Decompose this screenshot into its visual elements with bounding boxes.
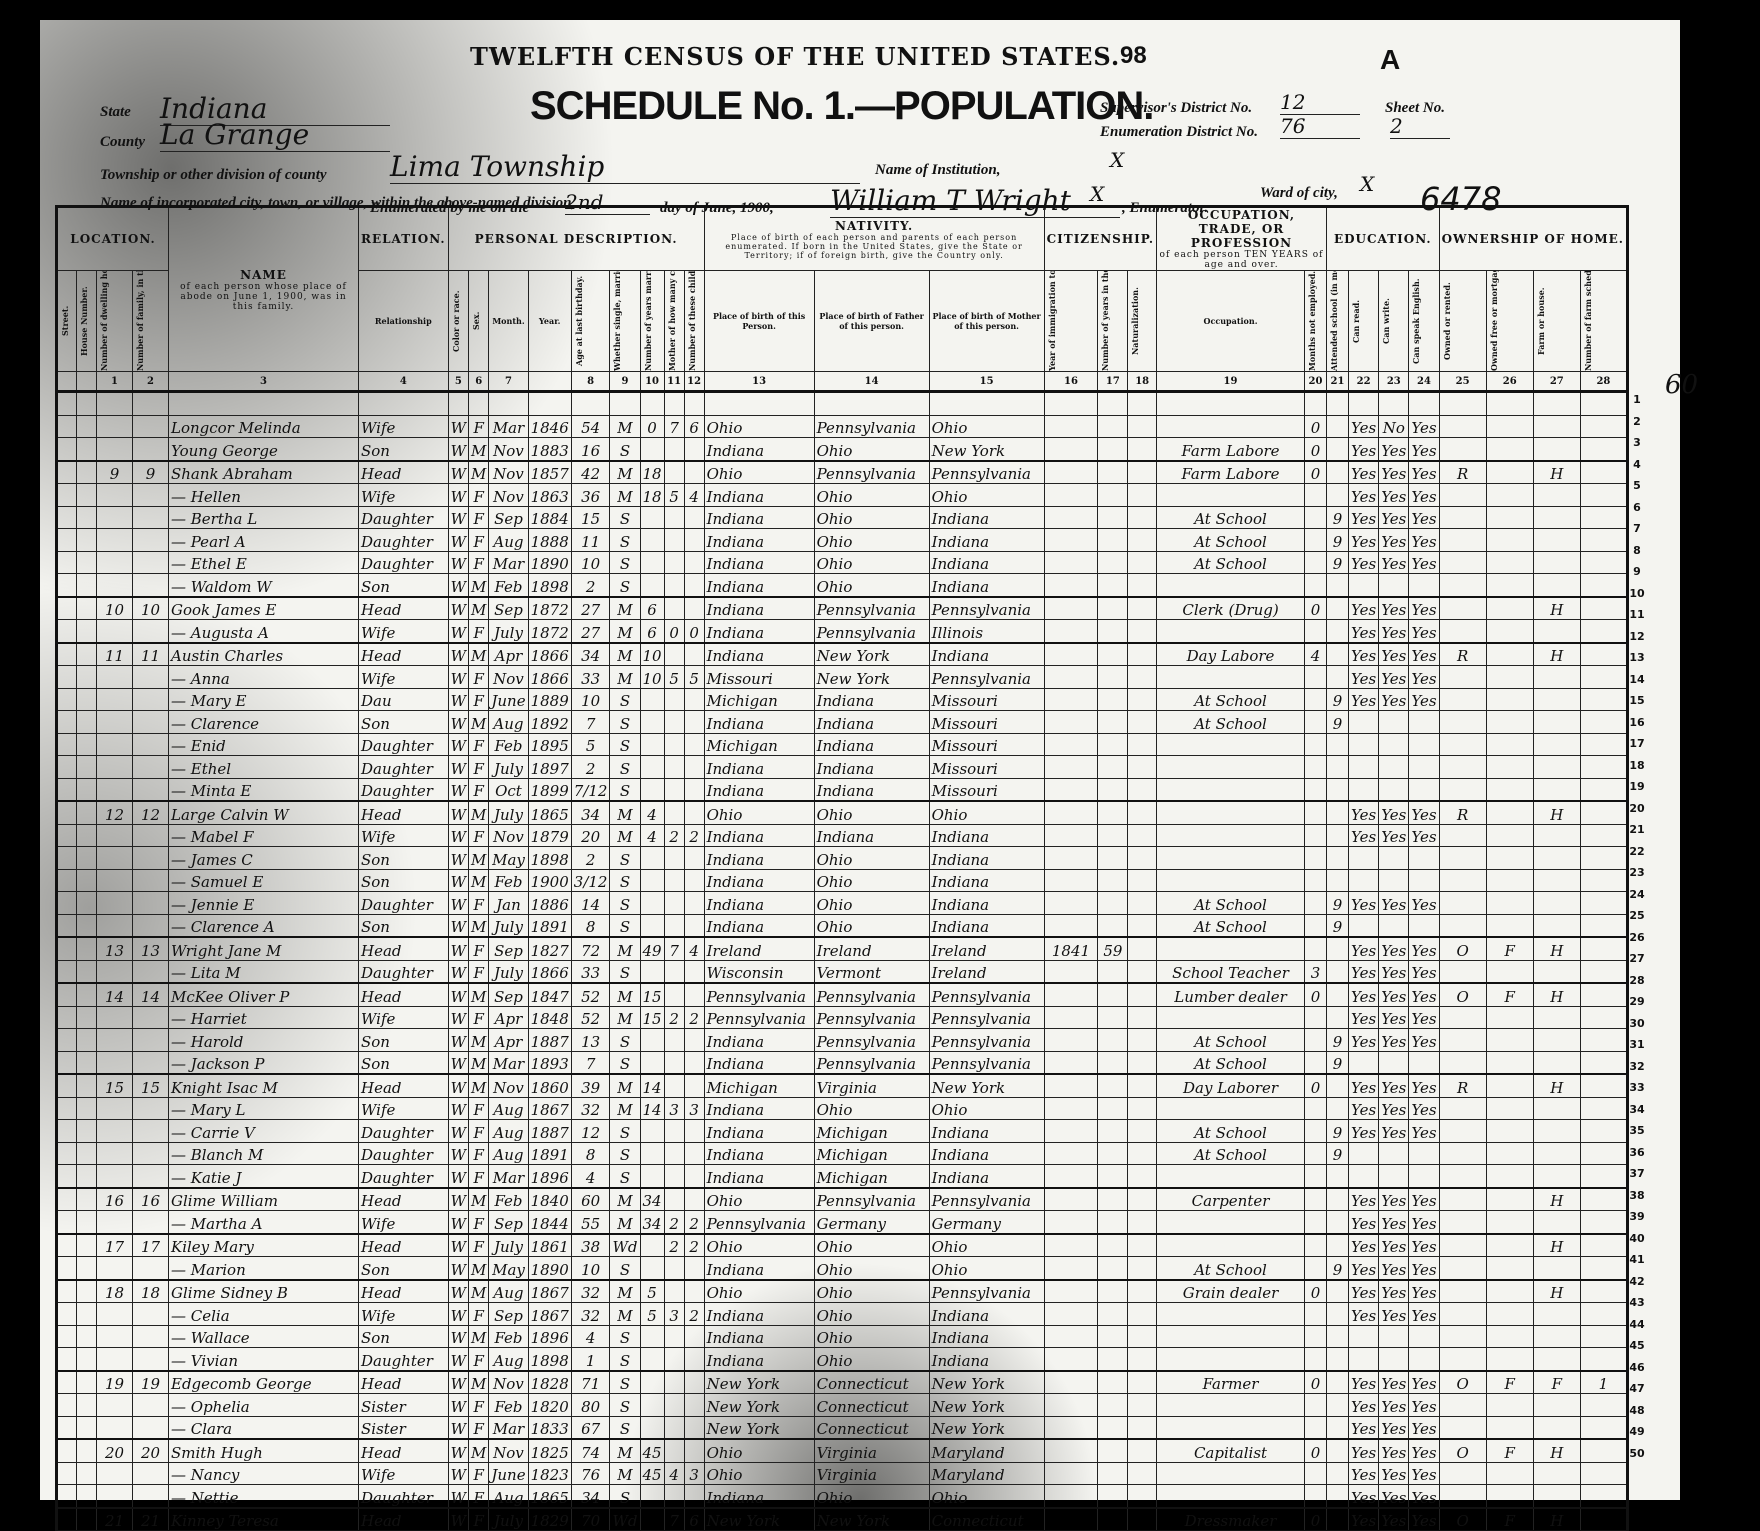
cell-sch: [1327, 415, 1349, 438]
cell-free: [1486, 733, 1533, 756]
cell-race: W: [448, 484, 468, 507]
cell-name: — Enid: [169, 733, 359, 756]
cell-mc: 5: [664, 666, 684, 689]
cell-write: [1379, 914, 1409, 937]
column-number: 24: [1409, 372, 1439, 392]
cell-eng: [1409, 869, 1439, 892]
cell-house: [77, 1006, 97, 1029]
cell-cl: [684, 1416, 704, 1439]
cell-sex: F: [469, 620, 489, 643]
cell-street: [57, 983, 77, 1006]
cell-ym: 45: [640, 1462, 664, 1485]
line-number: 38: [1625, 1185, 1649, 1207]
line-number: 18: [1625, 755, 1649, 777]
cell-name: — Ethel E: [169, 551, 359, 574]
cell-mc: 7: [664, 937, 684, 960]
cell-mo: July: [489, 960, 528, 983]
cell-free: [1486, 1257, 1533, 1280]
cell-fam: [133, 666, 169, 689]
cell-eng: Yes: [1409, 1097, 1439, 1120]
group-citizenship: CITIZENSHIP.: [1044, 207, 1156, 271]
cell-dw: 20: [97, 1439, 133, 1462]
cell-write: Yes: [1379, 1029, 1409, 1052]
cell-fbp: Indiana: [814, 756, 929, 779]
cell-race: W: [448, 1074, 468, 1097]
cell-occ: Lumber dealer: [1157, 983, 1305, 1006]
line-number: 7: [1625, 518, 1649, 540]
cell-sex: F: [469, 1485, 489, 1508]
cell-free: [1486, 529, 1533, 552]
line-number: 43: [1625, 1292, 1649, 1314]
cell-ym: 6: [640, 620, 664, 643]
cell-nat: [1128, 1439, 1157, 1462]
cell-fbp: Pennsylvania: [814, 620, 929, 643]
cell-fh: [1533, 1211, 1580, 1234]
cell-imm: [1044, 1029, 1098, 1052]
cell-race: W: [448, 1120, 468, 1143]
cell-cl: [684, 778, 704, 801]
cell-dw: [97, 1142, 133, 1165]
cell-age: 67: [571, 1416, 610, 1439]
cell-mne: [1305, 1006, 1327, 1029]
cell-nat: [1128, 1120, 1157, 1143]
table-row: — Clarence ASonWMJuly18918SIndianaOhioIn…: [57, 914, 1628, 937]
cell-sch: [1327, 847, 1349, 870]
cell-mc: [664, 1325, 684, 1348]
cell-mbp: Indiana: [929, 1325, 1044, 1348]
cell-fam: [133, 1142, 169, 1165]
cell-cl: 4: [684, 484, 704, 507]
cell-occ: At School: [1157, 1142, 1305, 1165]
cell-fbp: Connecticut: [814, 1416, 929, 1439]
cell-sex: F: [469, 960, 489, 983]
cell-sex: F: [469, 733, 489, 756]
cell-own: [1439, 1097, 1486, 1120]
cell-bp: Indiana: [704, 847, 814, 870]
cell-age: 11: [571, 529, 610, 552]
cell-ym: [640, 529, 664, 552]
cell-race: W: [448, 824, 468, 847]
cell-fh: [1533, 1257, 1580, 1280]
cell-mbp: Germany: [929, 1211, 1044, 1234]
cell-yr: 1888: [528, 529, 571, 552]
cell-mc: [664, 597, 684, 620]
cell-mc: [664, 801, 684, 824]
cell-free: [1486, 620, 1533, 643]
cell-eng: [1409, 574, 1439, 597]
cell-own: [1439, 597, 1486, 620]
cell-fam: 20: [133, 1439, 169, 1462]
cell-occ: At School: [1157, 688, 1305, 711]
cell-race: W: [448, 1257, 468, 1280]
table-row: — HellenWifeWFNov186336M1854IndianaOhioO…: [57, 484, 1628, 507]
cell-mo: Aug: [489, 529, 528, 552]
cell-mc: 7: [664, 1508, 684, 1531]
cell-rel: Daughter: [359, 1165, 449, 1188]
cell-fbp: Connecticut: [814, 1371, 929, 1394]
cell-dw: 16: [97, 1188, 133, 1211]
cell-cl: [684, 983, 704, 1006]
cell-occ: [1157, 937, 1305, 960]
cell-house: [77, 1188, 97, 1211]
cell-fs: [1580, 1462, 1627, 1485]
cell-nat: [1128, 1280, 1157, 1303]
table-row: 1414McKee Oliver PHeadWMSep184752M15Penn…: [57, 983, 1628, 1006]
cell-free: [1486, 711, 1533, 734]
cell-cl: [684, 1029, 704, 1052]
group-education: EDUCATION.: [1327, 207, 1440, 271]
cell-mbp: New York: [929, 1416, 1044, 1439]
cell-sch: 9: [1327, 1051, 1349, 1074]
cell-eng: Yes: [1409, 1394, 1439, 1417]
cell-fam: 21: [133, 1508, 169, 1531]
cell-bp: New York: [704, 1416, 814, 1439]
cell-yus: [1098, 1348, 1128, 1371]
cell-fh: [1533, 392, 1580, 416]
cell-fbp: Pennsylvania: [814, 983, 929, 1006]
cell-write: [1379, 733, 1409, 756]
cell-street: [57, 1211, 77, 1234]
cell-rel: Son: [359, 847, 449, 870]
cell-mo: Sep: [489, 983, 528, 1006]
cell-mne: [1305, 1211, 1327, 1234]
cell-fbp: Ohio: [814, 506, 929, 529]
cell-fh: [1533, 847, 1580, 870]
cell-fbp: Ohio: [814, 1280, 929, 1303]
cell-house: [77, 983, 97, 1006]
cell-dw: [97, 1416, 133, 1439]
cell-ms: S: [610, 960, 640, 983]
cell-house: [77, 1303, 97, 1326]
cell-bp: Michigan: [704, 1074, 814, 1097]
cell-age: 34: [571, 801, 610, 824]
cell-fs: 1: [1580, 1371, 1627, 1394]
cell-cl: [684, 688, 704, 711]
cell-dw: [97, 1165, 133, 1188]
cell-occ: Farmer: [1157, 1371, 1305, 1394]
table-row: — Ethel EDaughterWFMar189010SIndianaOhio…: [57, 551, 1628, 574]
cell-own: O: [1439, 983, 1486, 1006]
cell-dw: 21: [97, 1508, 133, 1531]
cell-yus: 59: [1098, 937, 1128, 960]
cell-sex: M: [469, 914, 489, 937]
cell-mc: [664, 960, 684, 983]
cell-mne: [1305, 1348, 1327, 1371]
ward-label: Ward of city,: [1260, 185, 1338, 202]
cell-occ: [1157, 415, 1305, 438]
cell-nat: [1128, 597, 1157, 620]
cell-name: — Nancy: [169, 1462, 359, 1485]
cell-nat: [1128, 1188, 1157, 1211]
cell-cl: [684, 1257, 704, 1280]
cell-write: Yes: [1379, 937, 1409, 960]
cell-sch: [1327, 620, 1349, 643]
cell-sch: [1327, 574, 1349, 597]
cell-house: [77, 506, 97, 529]
cell-race: W: [448, 1165, 468, 1188]
cell-nat: [1128, 711, 1157, 734]
cell-sex: M: [469, 847, 489, 870]
cell-age: 8: [571, 914, 610, 937]
cell-race: W: [448, 1462, 468, 1485]
cell-race: W: [448, 778, 468, 801]
cell-fbp: Virginia: [814, 1439, 929, 1462]
cell-fh: H: [1533, 983, 1580, 1006]
cell-age: 39: [571, 1074, 610, 1097]
cell-yus: [1098, 1142, 1128, 1165]
cell-read: Yes: [1349, 937, 1379, 960]
cell-bp: Missouri: [704, 666, 814, 689]
group-location: LOCATION.: [57, 207, 169, 271]
column-header: Whether single, married, widowed, or div…: [610, 271, 640, 372]
cell-ms: S: [610, 1029, 640, 1052]
cell-own: [1439, 1029, 1486, 1052]
cell-fam: [133, 1006, 169, 1029]
cell-fh: [1533, 824, 1580, 847]
cell-mbp: Pennsylvania: [929, 666, 1044, 689]
cell-bp: Ohio: [704, 1439, 814, 1462]
cell-fs: [1580, 892, 1627, 915]
cell-house: [77, 1142, 97, 1165]
cell-dw: [97, 1485, 133, 1508]
cell-fam: [133, 756, 169, 779]
column-header: Number of years in the United States.: [1098, 271, 1128, 372]
cell-fam: [133, 1303, 169, 1326]
cell-fam: 16: [133, 1188, 169, 1211]
cell-fs: [1580, 1142, 1627, 1165]
cell-fam: [133, 1120, 169, 1143]
cell-name: — Harold: [169, 1029, 359, 1052]
cell-rel: Head: [359, 801, 449, 824]
cell-cl: [684, 1142, 704, 1165]
cell-write: Yes: [1379, 438, 1409, 461]
cell-street: [57, 1120, 77, 1143]
cell-free: [1486, 1462, 1533, 1485]
line-number: 37: [1625, 1163, 1649, 1185]
cell-yr: 1833: [528, 1416, 571, 1439]
cell-eng: [1409, 847, 1439, 870]
township-value: Lima Township: [390, 150, 860, 184]
cell-dw: [97, 847, 133, 870]
cell-free: [1486, 1325, 1533, 1348]
cell-sex: [469, 392, 489, 416]
cell-street: [57, 892, 77, 915]
cell-fbp: Ohio: [814, 869, 929, 892]
cell-yr: 1865: [528, 801, 571, 824]
column-header: Can write.: [1379, 271, 1409, 372]
cell-fh: [1533, 1097, 1580, 1120]
cell-free: [1486, 1165, 1533, 1188]
cell-ms: S: [610, 733, 640, 756]
cell-own: [1439, 733, 1486, 756]
cell-fs: [1580, 847, 1627, 870]
cell-yr: 1847: [528, 983, 571, 1006]
column-header: Sex.: [469, 271, 489, 372]
cell-yus: [1098, 1462, 1128, 1485]
cell-mbp: New York: [929, 1074, 1044, 1097]
cell-free: [1486, 666, 1533, 689]
cell-write: Yes: [1379, 1462, 1409, 1485]
cell-bp: Indiana: [704, 1165, 814, 1188]
cell-mo: July: [489, 620, 528, 643]
cell-nat: [1128, 643, 1157, 666]
cell-fam: 12: [133, 801, 169, 824]
cell-read: Yes: [1349, 1097, 1379, 1120]
cell-occ: [1157, 1462, 1305, 1485]
cell-yr: 1840: [528, 1188, 571, 1211]
cell-free: [1486, 960, 1533, 983]
cell-fh: H: [1533, 1188, 1580, 1211]
cell-fs: [1580, 778, 1627, 801]
cell-mc: [664, 1120, 684, 1143]
cell-street: [57, 620, 77, 643]
cell-street: [57, 914, 77, 937]
cell-ms: M: [610, 620, 640, 643]
cell-ms: S: [610, 778, 640, 801]
cell-yus: [1098, 1439, 1128, 1462]
cell-fs: [1580, 551, 1627, 574]
cell-cl: 4: [684, 937, 704, 960]
cell-fs: [1580, 1485, 1627, 1508]
cell-house: [77, 937, 97, 960]
column-header: Number of family, in the order of visita…: [133, 271, 169, 372]
cell-yus: [1098, 960, 1128, 983]
cell-yus: [1098, 1485, 1128, 1508]
cell-ms: M: [610, 1097, 640, 1120]
cell-fs: [1580, 438, 1627, 461]
cell-age: 34: [571, 643, 610, 666]
line-number: 24: [1625, 884, 1649, 906]
cell-write: Yes: [1379, 461, 1409, 484]
cell-name: — Augusta A: [169, 620, 359, 643]
cell-house: [77, 1280, 97, 1303]
cell-nat: [1128, 869, 1157, 892]
cell-cl: [684, 869, 704, 892]
line-number: 41: [1625, 1249, 1649, 1271]
cell-age: [571, 392, 610, 416]
institution-label: Name of Institution,: [875, 162, 1000, 179]
cell-mne: [1305, 620, 1327, 643]
cell-mc: [664, 1439, 684, 1462]
cell-eng: Yes: [1409, 688, 1439, 711]
cell-bp: Pennsylvania: [704, 1211, 814, 1234]
cell-fh: [1533, 960, 1580, 983]
cell-race: W: [448, 1234, 468, 1257]
cell-fs: [1580, 1257, 1627, 1280]
cell-ms: [610, 392, 640, 416]
cell-house: [77, 597, 97, 620]
cell-race: W: [448, 1303, 468, 1326]
cell-nat: [1128, 1394, 1157, 1417]
cell-read: Yes: [1349, 892, 1379, 915]
cell-nat: [1128, 778, 1157, 801]
cell-dw: 17: [97, 1234, 133, 1257]
cell-read: Yes: [1349, 666, 1379, 689]
table-row: 2121Kinney TeresaHeadWFJuly182970Wd76New…: [57, 1508, 1628, 1531]
cell-yr: 1827: [528, 937, 571, 960]
cell-mbp: Indiana: [929, 847, 1044, 870]
cell-mo: Aug: [489, 1485, 528, 1508]
cell-mo: Aug: [489, 1348, 528, 1371]
cell-ms: S: [610, 529, 640, 552]
cell-read: Yes: [1349, 1280, 1379, 1303]
cell-ms: S: [610, 869, 640, 892]
cell-own: R: [1439, 801, 1486, 824]
cell-bp: Indiana: [704, 529, 814, 552]
cell-age: 33: [571, 960, 610, 983]
cell-bp: Indiana: [704, 1485, 814, 1508]
column-number: 13: [704, 372, 814, 392]
cell-house: [77, 688, 97, 711]
table-row: 1313Wright Jane MHeadWFSep182772M4974Ire…: [57, 937, 1628, 960]
cell-house: [77, 869, 97, 892]
cell-yr: 1846: [528, 415, 571, 438]
cell-yus: [1098, 1006, 1128, 1029]
line-number: 26: [1625, 927, 1649, 949]
cell-street: [57, 1508, 77, 1531]
cell-ms: S: [610, 1051, 640, 1074]
cell-age: 13: [571, 1029, 610, 1052]
cell-sex: F: [469, 824, 489, 847]
cell-mne: [1305, 1416, 1327, 1439]
cell-read: Yes: [1349, 1074, 1379, 1097]
cell-mo: Sep: [489, 1211, 528, 1234]
cell-mo: Feb: [489, 869, 528, 892]
cell-occ: [1157, 1394, 1305, 1417]
cell-sex: F: [469, 666, 489, 689]
cell-street: [57, 1234, 77, 1257]
cell-yus: [1098, 1280, 1128, 1303]
cell-yr: 1860: [528, 1074, 571, 1097]
cell-imm: [1044, 1348, 1098, 1371]
cell-dw: [97, 1303, 133, 1326]
cell-read: [1349, 914, 1379, 937]
cell-ym: [640, 914, 664, 937]
cell-sex: F: [469, 1303, 489, 1326]
cell-write: Yes: [1379, 1394, 1409, 1417]
cell-name: — Vivian: [169, 1348, 359, 1371]
cell-free: F: [1486, 983, 1533, 1006]
cell-write: Yes: [1379, 666, 1409, 689]
cell-mo: July: [489, 801, 528, 824]
ward-value: X: [1360, 172, 1400, 196]
cell-write: Yes: [1379, 688, 1409, 711]
cell-mne: [1305, 1097, 1327, 1120]
column-number: 8: [571, 372, 610, 392]
cell-read: [1349, 1051, 1379, 1074]
cell-fbp: Ohio: [814, 551, 929, 574]
cell-sch: 9: [1327, 529, 1349, 552]
cell-own: [1439, 574, 1486, 597]
cell-house: [77, 1120, 97, 1143]
cell-mo: Nov: [489, 824, 528, 847]
cell-free: [1486, 392, 1533, 416]
cell-mbp: Pennsylvania: [929, 1051, 1044, 1074]
cell-yus: [1098, 597, 1128, 620]
cell-own: [1439, 1416, 1486, 1439]
cell-cl: [684, 1394, 704, 1417]
cell-ym: [640, 1142, 664, 1165]
cell-occ: [1157, 666, 1305, 689]
cell-ms: S: [610, 892, 640, 915]
cell-cl: [684, 643, 704, 666]
cell-mc: [664, 1485, 684, 1508]
cell-mne: 0: [1305, 461, 1327, 484]
cell-occ: At School: [1157, 551, 1305, 574]
cell-street: [57, 937, 77, 960]
cell-own: R: [1439, 461, 1486, 484]
cell-sch: [1327, 1325, 1349, 1348]
